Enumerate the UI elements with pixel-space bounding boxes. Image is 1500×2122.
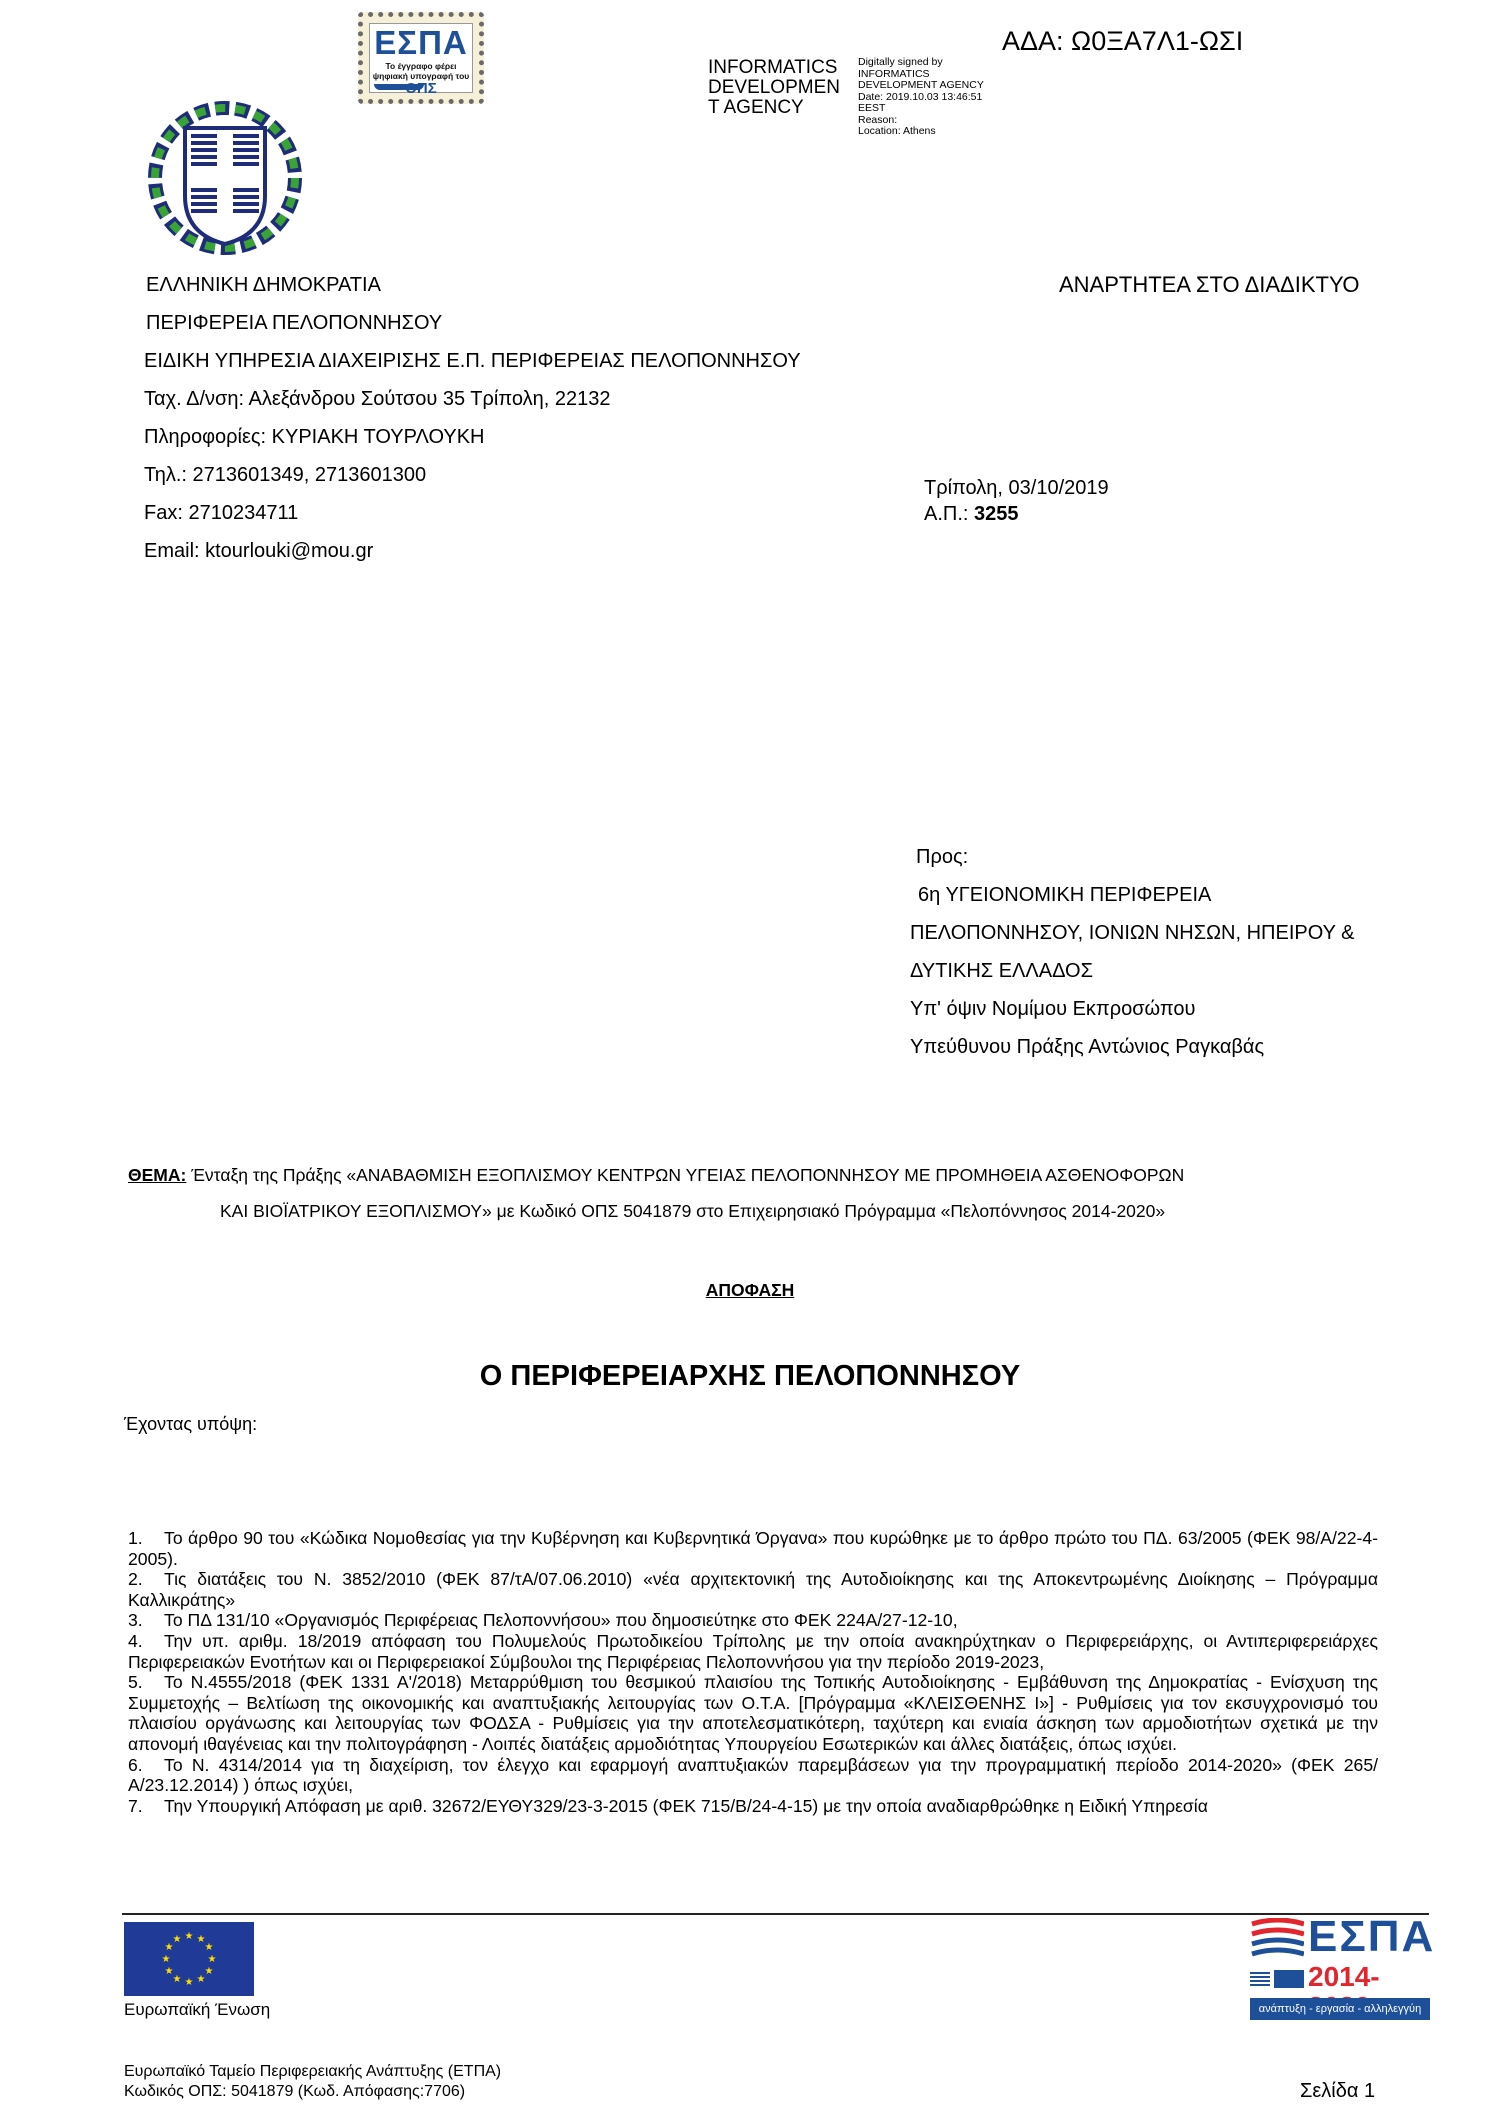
code-line: Κωδικός ΟΠΣ: 5041879 (Κωδ. Απόφασης:7706… bbox=[124, 2082, 501, 2102]
sender-block: ΕΛΛΗΝΙΚΗ ΔΗΜΟΚΡΑΤΙΑ ΠΕΡΙΦΕΡΕΙΑ ΠΕΛΟΠΟΝΝΗ… bbox=[144, 270, 801, 574]
svg-text:★: ★ bbox=[173, 1934, 182, 1945]
sender-line: ΕΛΛΗΝΙΚΗ ΔΗΜΟΚΡΑΤΙΑ bbox=[144, 270, 801, 308]
list-item: 2.Τις διατάξεις του Ν. 3852/2010 (ΦΕΚ 87… bbox=[128, 1569, 1378, 1610]
sender-phone: Τηλ.: 2713601349, 2713601300 bbox=[144, 460, 801, 498]
considering-label: Έχοντας υπόψη: bbox=[124, 1414, 257, 1435]
footer-divider bbox=[122, 1913, 1429, 1915]
stamp-subtitle: Το έγγραφο φέρει ψηφιακή υπογραφή του bbox=[370, 61, 472, 81]
list-item: 1.Το άρθρο 90 του «Κώδικα Νομοθεσίας για… bbox=[128, 1528, 1378, 1569]
eu-flag-mini-icon bbox=[1274, 1970, 1304, 1988]
list-item: 6.Το Ν. 4314/2014 για τη διαχείριση, τον… bbox=[128, 1755, 1378, 1796]
ada-code: ΑΔΑ: Ω0ΞΑ7Λ1-ΩΣΙ bbox=[1002, 26, 1243, 56]
subject-block: ΘΕΜΑ: Ένταξη της Πράξης «ΑΝΑΒΑΘΜΙΣΗ ΕΞΟΠ… bbox=[128, 1163, 1388, 1223]
espa-waves-icon bbox=[1250, 1918, 1304, 1958]
list-item: 5.Το Ν.4555/2018 (ΦΕΚ 1331 Α'/2018) Μετα… bbox=[128, 1672, 1378, 1754]
eu-flag-logo: ★★★★ ★★★★ ★★★★ bbox=[124, 1922, 254, 1996]
svg-text:★: ★ bbox=[173, 1974, 182, 1985]
espa-2014-2020-logo: ΕΣΠΑ 2014-2020 ανάπτυξη - εργασία - αλλη… bbox=[1248, 1914, 1431, 2024]
considerations-list: 1.Το άρθρο 90 του «Κώδικα Νομοθεσίας για… bbox=[128, 1528, 1378, 1816]
subject-label: ΘΕΜΑ: bbox=[128, 1165, 186, 1185]
svg-text:★: ★ bbox=[162, 1954, 171, 1965]
publish-notice: ΑΝΑΡΤΗΤΕΑ ΣΤΟ ΔΙΑΔΙΚΤΥΟ bbox=[1059, 270, 1360, 300]
svg-text:★: ★ bbox=[185, 1931, 194, 1942]
signer-name: INFORMATICS DEVELOPMEN T AGENCY bbox=[708, 58, 858, 118]
subject-text: Ένταξη της Πράξης «ΑΝΑΒΑΘΜΙΣΗ ΕΞΟΠΛΙΣΜΟΥ… bbox=[186, 1165, 1184, 1185]
stamp-ops: ΟΠΣ bbox=[370, 81, 472, 96]
svg-text:★: ★ bbox=[165, 1966, 174, 1977]
sender-contact: Πληροφορίες: ΚΥΡΙΑΚΗ ΤΟΥΡΛΟΥΚΗ bbox=[144, 422, 801, 460]
svg-text:★: ★ bbox=[205, 1942, 214, 1953]
recipient-line: ΔΥΤΙΚΗΣ ΕΛΛΑΔΟΣ bbox=[910, 956, 1355, 994]
eu-label: Ευρωπαϊκή Ένωση bbox=[124, 2000, 270, 2020]
espa-word: ΕΣΠΑ bbox=[1308, 1914, 1435, 1960]
recipient-label: Προς: bbox=[910, 842, 1355, 880]
espa-tagline: ανάπτυξη - εργασία - αλληλεγγύη bbox=[1250, 1998, 1430, 2020]
svg-text:★: ★ bbox=[208, 1954, 217, 1965]
sender-line: ΠΕΡΙΦΕΡΕΙΑ ΠΕΛΟΠΟΝΝΗΣΟΥ bbox=[144, 308, 801, 346]
list-item: 4.Την υπ. αριθμ. 18/2019 απόφαση του Πολ… bbox=[128, 1631, 1378, 1672]
page-number: Σελίδα 1 bbox=[1300, 2080, 1375, 2103]
sender-address: Ταχ. Δ/νση: Αλεξάνδρου Σούτσου 35 Τρίπολ… bbox=[144, 384, 801, 422]
sender-email: Email: ktourlouki@mou.gr bbox=[144, 536, 801, 574]
recipient-line: Υπ' όψιν Νομίμου Εκπροσώπου bbox=[910, 994, 1355, 1032]
greek-flag-icon bbox=[1250, 1972, 1270, 1986]
svg-text:★: ★ bbox=[185, 1977, 194, 1988]
subject-text-cont: ΚΑΙ ΒΙΟΪΑΤΡΙΚΟΥ ΕΞΟΠΛΙΣΜΟΥ» με Κωδικό ΟΠ… bbox=[128, 1199, 1388, 1223]
date-block: Τρίπολη, 03/10/2019 Α.Π.: 3255 bbox=[924, 475, 1109, 527]
greek-coat-of-arms-logo bbox=[145, 96, 305, 256]
sender-fax: Fax: 2710234711 bbox=[144, 498, 801, 536]
list-item: 3.Το ΠΔ 131/10 «Οργανισμός Περιφέρειας Π… bbox=[128, 1610, 1378, 1631]
sender-line: ΕΙΔΙΚΗ ΥΠΗΡΕΣΙΑ ΔΙΑΧΕΙΡΙΣΗΣ Ε.Π. ΠΕΡΙΦΕΡ… bbox=[144, 346, 801, 384]
coat-of-arms-icon bbox=[145, 96, 305, 256]
svg-text:★: ★ bbox=[197, 1974, 206, 1985]
espa-signature-stamp: ΕΣΠΑ Το έγγραφο φέρει ψηφιακή υπογραφή τ… bbox=[358, 12, 484, 104]
place-date: Τρίπολη, 03/10/2019 bbox=[924, 475, 1109, 501]
svg-text:★: ★ bbox=[205, 1966, 214, 1977]
stamp-title: ΕΣΠΑ bbox=[370, 26, 472, 60]
fund-info: Ευρωπαϊκό Ταμείο Περιφερειακής Ανάπτυξης… bbox=[124, 2062, 501, 2102]
recipient-line: Υπεύθυνου Πράξης Αντώνιος Ραγκαβάς bbox=[910, 1032, 1355, 1070]
recipient-line: ΠΕΛΟΠΟΝΝΗΣΟΥ, ΙΟΝΙΩΝ ΝΗΣΩΝ, ΗΠΕΙΡΟΥ & bbox=[910, 918, 1355, 956]
governor-heading: Ο ΠΕΡΙΦΕΡΕΙΑΡΧΗΣ ΠΕΛΟΠΟΝΝΗΣΟΥ bbox=[0, 1360, 1500, 1393]
list-item: 7.Την Υπουργική Απόφαση με αριθ. 32672/Ε… bbox=[128, 1796, 1378, 1817]
decision-heading: ΑΠΟΦΑΣΗ bbox=[0, 1280, 1500, 1301]
protocol-number: Α.Π.: 3255 bbox=[924, 501, 1109, 527]
eu-stars-icon: ★★★★ ★★★★ ★★★★ bbox=[124, 1922, 254, 1996]
signature-details: Digitally signed by INFORMATICS DEVELOPM… bbox=[858, 57, 1018, 138]
fund-line: Ευρωπαϊκό Ταμείο Περιφερειακής Ανάπτυξης… bbox=[124, 2062, 501, 2082]
recipient-block: Προς: 6η ΥΓΕΙΟΝΟΜΙΚΗ ΠΕΡΙΦΕΡΕΙΑ ΠΕΛΟΠΟΝΝ… bbox=[910, 842, 1355, 1070]
recipient-line: 6η ΥΓΕΙΟΝΟΜΙΚΗ ΠΕΡΙΦΕΡΕΙΑ bbox=[910, 880, 1355, 918]
